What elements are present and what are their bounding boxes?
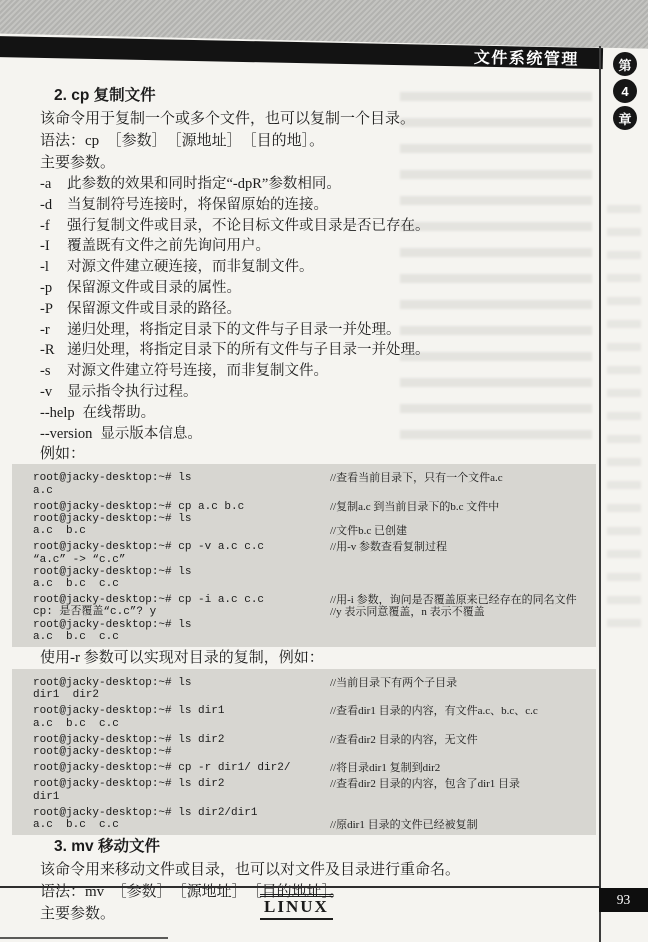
param-desc: 递归处理，将指定目录下的所有文件与子目录一并处理。	[67, 340, 596, 361]
terminal-code: root@jacky-desktop:~# ls dir2/dir1	[33, 807, 330, 819]
param-desc: 在线帮助。	[83, 403, 596, 424]
param-flag: -a	[40, 174, 59, 195]
terminal-comment: //y 表示同意覆盖，n 表示不覆盖	[330, 606, 485, 618]
param-flag: -d	[40, 195, 59, 216]
terminal-line: root@jacky-desktop:~# ls//查看当前目录下，只有一个文件…	[33, 472, 596, 484]
terminal-line: root@jacky-desktop:~# ls	[33, 566, 596, 578]
terminal-line: root@jacky-desktop:~# cp -v a.c c.c//用-v…	[33, 541, 596, 553]
terminal-code: dir1 dir2	[33, 689, 330, 701]
terminal-line: a.c b.c//文件b.c 已创建	[33, 525, 596, 537]
terminal-line: cp: 是否覆盖“c.c”? y//y 表示同意覆盖，n 表示不覆盖	[33, 606, 596, 618]
terminal-line: root@jacky-desktop:~# ls dir1//查看dir1 目录…	[33, 705, 596, 717]
param-row: -l对源文件建立硬连接，而非复制文件。	[40, 257, 596, 278]
terminal-comment: //用-i 参数，询问是否覆盖原来已经存在的同名文件	[330, 594, 577, 606]
param-flag: -f	[40, 216, 59, 237]
cp-syntax-text: 语法：cp ［参数］ ［源地址］ ［目的地］。	[40, 130, 596, 152]
terminal-output-block-1: root@jacky-desktop:~# ls//查看当前目录下，只有一个文件…	[12, 464, 596, 647]
param-row: -d当复制符号连接时，将保留原始的连接。	[40, 195, 596, 216]
param-flag: -v	[40, 382, 59, 403]
terminal-line: a.c b.c c.c	[33, 578, 596, 590]
terminal-line: root@jacky-desktop:~#	[33, 746, 596, 758]
param-row: -v显示指令执行过程。	[40, 382, 596, 403]
param-desc: 显示指令执行过程。	[67, 382, 596, 403]
cp-intro-text: 该命令用于复制一个或多个文件，也可以复制一个目录。	[40, 108, 596, 130]
terminal-line: a.c b.c c.c	[33, 718, 596, 730]
terminal-code: root@jacky-desktop:~# ls	[33, 513, 330, 525]
terminal-code: a.c b.c c.c	[33, 578, 330, 590]
param-row: -I覆盖既有文件之前先询问用户。	[40, 236, 596, 257]
terminal-code: a.c	[33, 485, 330, 497]
terminal-code: root@jacky-desktop:~# ls	[33, 566, 330, 578]
terminal-code: root@jacky-desktop:~# ls	[33, 677, 330, 689]
scan-bottom-edge-line	[0, 937, 168, 939]
cp-recursive-note: 使用-r 参数可以实现对目录的复制，例如：	[40, 647, 596, 669]
terminal-line: root@jacky-desktop:~# cp -i a.c c.c//用-i…	[33, 594, 596, 606]
chapter-header-title: 文件系统管理	[474, 45, 579, 70]
terminal-line: a.c b.c c.c	[33, 631, 596, 643]
terminal-output-block-2: root@jacky-desktop:~# ls//当前目录下有两个子目录dir…	[12, 669, 596, 835]
terminal-code: a.c b.c	[33, 525, 330, 537]
chapter-tab-circle: 第	[613, 52, 637, 76]
terminal-code: root@jacky-desktop:~# ls dir2	[33, 778, 330, 790]
param-desc: 保留源文件或目录的属性。	[67, 278, 596, 299]
param-desc: 强行复制文件或目录，不论目标文件或目录是否已存在。	[67, 216, 596, 237]
terminal-code: root@jacky-desktop:~# ls dir1	[33, 705, 330, 717]
param-desc: 对源文件建立符号连接，而非复制文件。	[67, 361, 596, 382]
terminal-line: root@jacky-desktop:~# ls	[33, 513, 596, 525]
terminal-code: “a.c” -> “c.c”	[33, 554, 330, 566]
param-flag: --version	[40, 424, 92, 445]
terminal-comment: //查看dir2 目录的内容，无文件	[330, 734, 478, 746]
param-row: --help在线帮助。	[40, 403, 596, 424]
param-flag: -l	[40, 257, 59, 278]
terminal-line: dir1	[33, 791, 596, 803]
param-row: -R递归处理，将指定目录下的所有文件与子目录一并处理。	[40, 340, 596, 361]
terminal-line: root@jacky-desktop:~# ls dir2//查看dir2 目录…	[33, 778, 596, 790]
param-row: -p保留源文件或目录的属性。	[40, 278, 596, 299]
mv-intro-text: 该命令用来移动文件或目录，也可以对文件及目录进行重命名。	[40, 859, 596, 881]
terminal-comment: //查看dir1 目录的内容，有文件a.c、b.c、c.c	[330, 705, 538, 717]
param-desc: 保留源文件或目录的路径。	[67, 299, 596, 320]
terminal-line: root@jacky-desktop:~# ls//当前目录下有两个子目录	[33, 677, 596, 689]
param-flag: -I	[40, 236, 59, 257]
terminal-code: cp: 是否覆盖“c.c”? y	[33, 606, 330, 618]
param-flag: -p	[40, 278, 59, 299]
terminal-code: a.c b.c c.c	[33, 718, 330, 730]
param-flag: -r	[40, 320, 59, 341]
cp-params-list: -a此参数的效果和同时指定“-dpR”参数相同。-d当复制符号连接时，将保留原始…	[40, 174, 596, 444]
terminal-line: root@jacky-desktop:~# cp -r dir1/ dir2//…	[33, 762, 596, 774]
terminal-comment: //复制a.c 到当前目录下的b.c 文件中	[330, 501, 499, 513]
param-flag: --help	[40, 403, 75, 424]
terminal-code: root@jacky-desktop:~# cp -r dir1/ dir2/	[33, 762, 330, 774]
param-desc: 此参数的效果和同时指定“-dpR”参数相同。	[67, 174, 596, 195]
terminal-code: a.c b.c c.c	[33, 631, 330, 643]
terminal-comment: //用-v 参数查看复制过程	[330, 541, 447, 553]
mv-section-heading: 3. mv 移动文件	[40, 835, 596, 859]
terminal-line: a.c b.c c.c//原dir1 目录的文件已经被复制	[33, 819, 596, 831]
param-row: --version显示版本信息。	[40, 424, 596, 445]
chapter-tab-circle: 章	[613, 106, 637, 130]
param-desc: 当复制符号连接时，将保留原始的连接。	[67, 195, 596, 216]
terminal-code: root@jacky-desktop:~# ls	[33, 619, 330, 631]
terminal-code: root@jacky-desktop:~# cp -v a.c c.c	[33, 541, 330, 553]
terminal-line: root@jacky-desktop:~# ls dir2/dir1	[33, 807, 596, 819]
chapter-number-tab: 第4章	[608, 52, 642, 130]
linux-logo: LINUX	[260, 894, 333, 920]
scan-bleedthrough-artifact	[607, 205, 641, 635]
terminal-line: root@jacky-desktop:~# ls dir2//查看dir2 目录…	[33, 734, 596, 746]
terminal-comment: //当前目录下有两个子目录	[330, 677, 457, 689]
param-desc: 对源文件建立硬连接，而非复制文件。	[67, 257, 596, 278]
param-row: -s对源文件建立符号连接，而非复制文件。	[40, 361, 596, 382]
chapter-tab-circle: 4	[613, 79, 637, 103]
cp-example-label: 例如：	[40, 444, 596, 464]
param-row: -f强行复制文件或目录，不论目标文件或目录是否已存在。	[40, 216, 596, 237]
terminal-code: root@jacky-desktop:~# cp a.c b.c	[33, 501, 330, 513]
terminal-code: root@jacky-desktop:~# ls dir2	[33, 734, 330, 746]
terminal-comment: //原dir1 目录的文件已经被复制	[330, 819, 478, 831]
terminal-line: a.c	[33, 485, 596, 497]
terminal-line: “a.c” -> “c.c”	[33, 554, 596, 566]
param-flag: -R	[40, 340, 59, 361]
page-content: 2. cp 复制文件 该命令用于复制一个或多个文件，也可以复制一个目录。 语法：…	[40, 84, 596, 925]
param-desc: 递归处理，将指定目录下的文件与子目录一并处理。	[67, 320, 596, 341]
param-desc: 覆盖既有文件之前先询问用户。	[67, 236, 596, 257]
terminal-line: root@jacky-desktop:~# cp a.c b.c//复制a.c …	[33, 501, 596, 513]
param-flag: -s	[40, 361, 59, 382]
terminal-comment: //将目录dir1 复制到dir2	[330, 762, 440, 774]
terminal-comment: //文件b.c 已创建	[330, 525, 407, 537]
terminal-line: root@jacky-desktop:~# ls	[33, 619, 596, 631]
cp-section-heading: 2. cp 复制文件	[40, 84, 596, 108]
param-flag: -P	[40, 299, 59, 320]
param-row: -r递归处理，将指定目录下的文件与子目录一并处理。	[40, 320, 596, 341]
scanned-book-page: 文件系统管理 第4章 2. cp 复制文件 该命令用于复制一个或多个文件，也可以…	[0, 0, 648, 942]
terminal-code: root@jacky-desktop:~#	[33, 746, 330, 758]
page-number-badge: 93	[599, 888, 648, 912]
terminal-comment: //查看dir2 目录的内容，包含了dir1 目录	[330, 778, 520, 790]
terminal-code: root@jacky-desktop:~# cp -i a.c c.c	[33, 594, 330, 606]
param-desc: 显示版本信息。	[100, 424, 596, 445]
terminal-comment: //查看当前目录下，只有一个文件a.c	[330, 472, 503, 484]
terminal-code: a.c b.c c.c	[33, 819, 330, 831]
page-border-line	[599, 46, 601, 942]
terminal-code: dir1	[33, 791, 330, 803]
cp-params-label: 主要参数。	[40, 152, 596, 174]
terminal-line: dir1 dir2	[33, 689, 596, 701]
footer-rule	[0, 886, 600, 888]
param-row: -a此参数的效果和同时指定“-dpR”参数相同。	[40, 174, 596, 195]
terminal-code: root@jacky-desktop:~# ls	[33, 472, 330, 484]
param-row: -P保留源文件或目录的路径。	[40, 299, 596, 320]
